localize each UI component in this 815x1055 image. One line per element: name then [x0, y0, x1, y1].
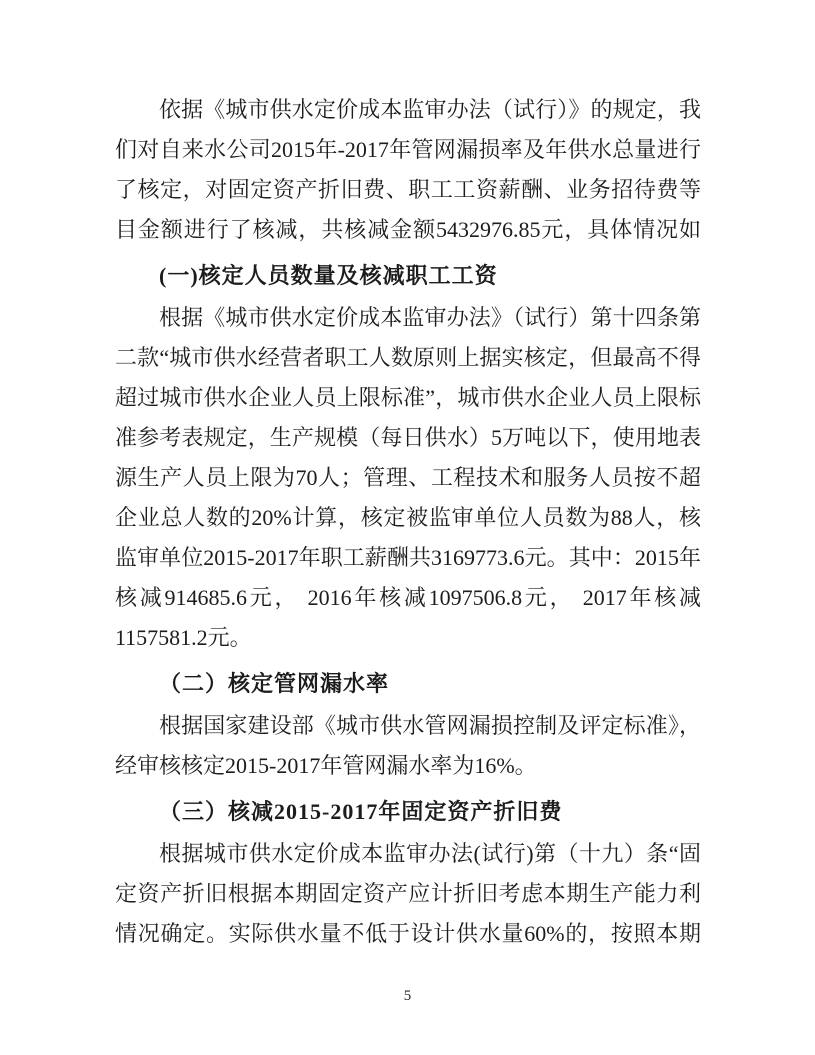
section-heading-1: (一)核定人员数量及核减职工工资: [115, 256, 701, 296]
page-number: 5: [0, 986, 815, 1006]
text-line: 定资产折旧根据本期固定资产应计折旧考虑本期生产能力利用: [115, 874, 701, 914]
text-line: 情况确定。实际供水量不低于设计供水量60%的，按照本期折旧: [115, 914, 701, 954]
paragraph-depreciation: 根据城市供水定价成本监审办法(试行)第（十九）条“固 定资产折旧根据本期固定资产…: [115, 834, 701, 954]
text-line: 们对自来水公司2015年-2017年管网漏损率及年供水总量进行: [115, 130, 701, 170]
text-line: 根据国家建设部《城市供水管网漏损控制及评定标准》，: [115, 706, 701, 746]
text-line: 目金额进行了核减，共核减金额5432976.85元，具体情况如下:: [115, 210, 701, 250]
text-line: 准参考表规定，生产规模（每日供水）5万吨以下，使用地表水: [115, 418, 701, 458]
text-line: 依据《城市供水定价成本监审办法（试行）》的规定，我: [115, 90, 701, 130]
text-line: 企业总人数的20%计算，核定被监审单位人员数为88人，核减被: [115, 498, 701, 538]
document-body: 依据《城市供水定价成本监审办法（试行）》的规定，我 们对自来水公司2015年-2…: [115, 90, 701, 954]
text-line: 根据《城市供水定价成本监审办法》（试行）第十四条第: [115, 298, 701, 338]
text-line: 1157581.2元。: [115, 618, 701, 658]
document-page: 依据《城市供水定价成本监审办法（试行）》的规定，我 们对自来水公司2015年-2…: [0, 0, 815, 1055]
paragraph-staff-wages: 根据《城市供水定价成本监审办法》（试行）第十四条第 二款“城市供水经营者职工人数…: [115, 298, 701, 658]
section-heading-2: （二）核定管网漏水率: [115, 664, 701, 704]
text-line: 经审核核定2015-2017年管网漏水率为16%。: [115, 746, 701, 786]
paragraph-leakage-rate: 根据国家建设部《城市供水管网漏损控制及评定标准》， 经审核核定2015-2017…: [115, 706, 701, 786]
text-line: 根据城市供水定价成本监审办法(试行)第（十九）条“固: [115, 834, 701, 874]
section-heading-3: （三）核减2015-2017年固定资产折旧费: [115, 792, 701, 832]
text-line: 核减914685.6元， 2016年核减1097506.8元， 2017年核减: [115, 578, 701, 618]
text-line: 二款“城市供水经营者职工人数原则上据实核定，但最高不得: [115, 338, 701, 378]
paragraph-intro: 依据《城市供水定价成本监审办法（试行）》的规定，我 们对自来水公司2015年-2…: [115, 90, 701, 250]
text-line: 超过城市供水企业人员上限标准”，城市供水企业人员上限标: [115, 378, 701, 418]
text-line: 了核定，对固定资产折旧费、职工工资薪酬、业务招待费等项: [115, 170, 701, 210]
text-line: 监审单位2015-2017年职工薪酬共3169773.6元。其中：2015年: [115, 538, 701, 578]
text-line: 源生产人员上限为70人；管理、工程技术和服务人员按不超过: [115, 458, 701, 498]
